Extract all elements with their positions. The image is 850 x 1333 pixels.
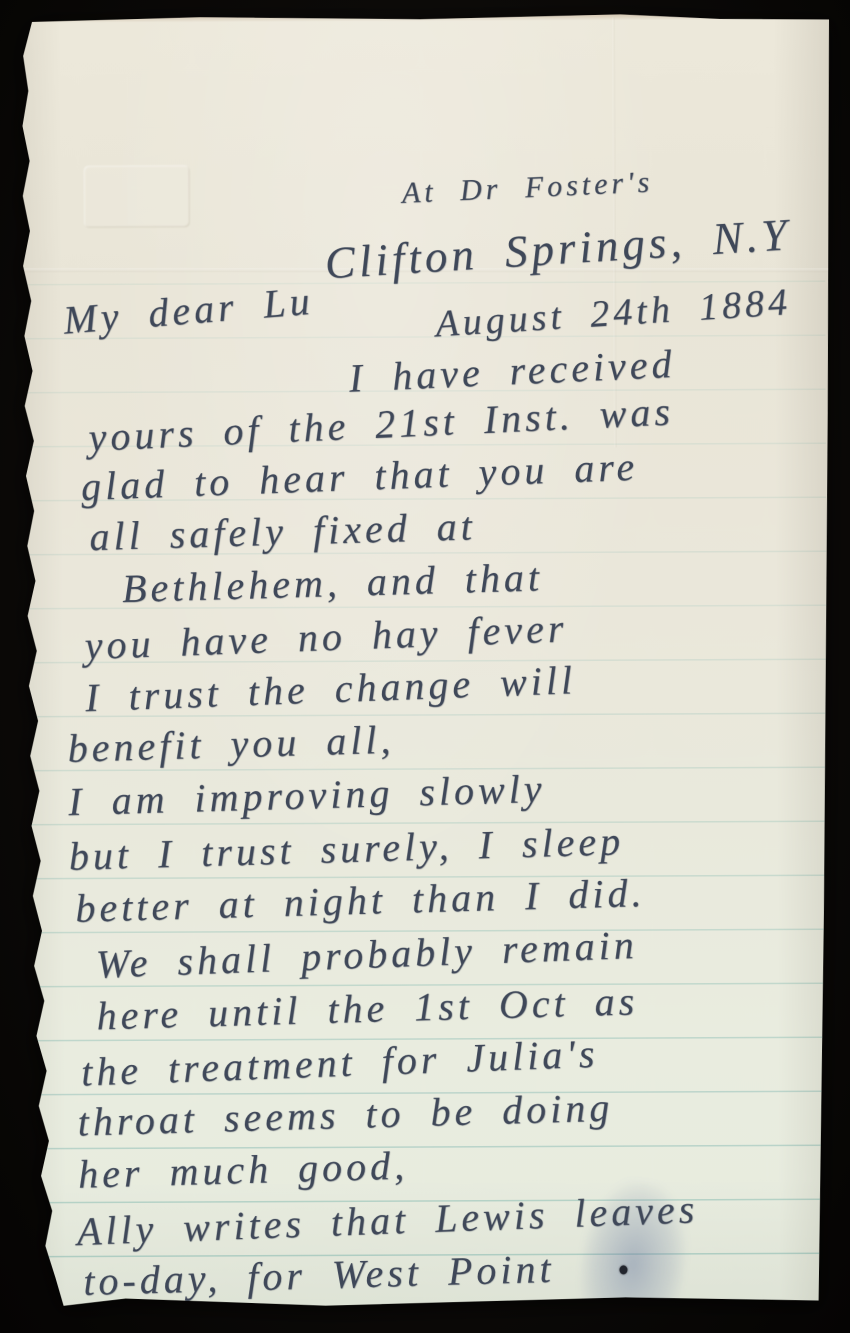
handwritten-line: benefit you all,	[67, 720, 395, 769]
letter-heading-city: Clifton Springs, N.Y	[324, 212, 792, 286]
letter-date: August 24th 1884	[434, 283, 792, 343]
handwritten-line: throat seems to be doing	[77, 1088, 614, 1143]
handwritten-line: the treatment for Julia's	[80, 1034, 599, 1093]
letter-salutation: My dear Lu	[62, 281, 315, 341]
handwritten-line: all safely fixed at	[89, 506, 476, 557]
letter-paper-wrap: At Dr Foster's Clifton Springs, N.Y Augu…	[20, 12, 836, 1310]
handwritten-line: to-day, for West Point	[83, 1249, 555, 1302]
handwritten-line: her much good,	[78, 1146, 409, 1195]
handwritten-line: I am improving slowly	[68, 769, 546, 822]
photo-background: At Dr Foster's Clifton Springs, N.Y Augu…	[0, 0, 850, 1333]
letter-text-layer: At Dr Foster's Clifton Springs, N.Y Augu…	[20, 10, 844, 1312]
handwritten-line: Bethlehem, and that	[121, 557, 543, 609]
letter-heading-location: At Dr Foster's	[401, 167, 654, 208]
handwritten-line: Ally writes that Lewis leaves	[76, 1189, 699, 1252]
letter-paper: At Dr Foster's Clifton Springs, N.Y Augu…	[20, 12, 836, 1310]
handwritten-line: We shall probably remain	[95, 925, 638, 985]
handwritten-line: but I trust surely, I sleep	[68, 821, 624, 876]
handwritten-line: I trust the change will	[84, 660, 576, 718]
handwritten-line: here until the 1st Oct as	[96, 981, 639, 1036]
handwritten-line: better at night than I did.	[75, 873, 646, 929]
handwritten-line: you have no hay fever	[84, 608, 568, 666]
